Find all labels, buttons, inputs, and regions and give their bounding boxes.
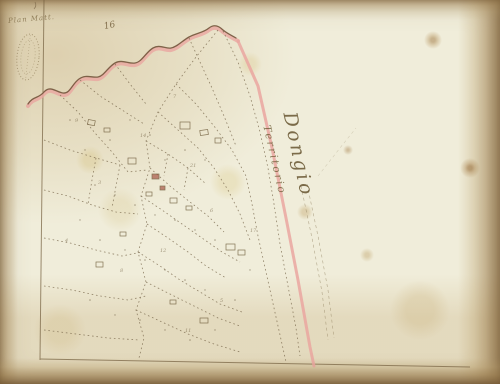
svg-text:9: 9 bbox=[75, 118, 79, 124]
svg-text:6: 6 bbox=[210, 208, 214, 214]
svg-text:14: 14 bbox=[140, 133, 146, 139]
svg-text:3: 3 bbox=[98, 180, 101, 186]
svg-text:7: 7 bbox=[173, 94, 177, 100]
scanned-cadastral-map: 9 14 7 3 21 6 12 8 5 17 4 11 Plan Matt. … bbox=[0, 0, 500, 384]
pen-flourish-icon bbox=[34, 2, 36, 9]
svg-text:21: 21 bbox=[189, 163, 196, 169]
neatline-frame bbox=[40, 0, 470, 367]
svg-text:17: 17 bbox=[250, 228, 257, 234]
svg-text:5: 5 bbox=[220, 298, 223, 304]
svg-text:4: 4 bbox=[64, 238, 68, 244]
vesica-ornament-icon bbox=[15, 33, 42, 81]
svg-text:12: 12 bbox=[160, 248, 166, 254]
svg-text:11: 11 bbox=[185, 328, 191, 334]
svg-text:8: 8 bbox=[120, 268, 123, 274]
parcel-number-labels: 9 14 7 3 21 6 12 8 5 17 4 11 bbox=[64, 94, 257, 334]
map-artwork: 9 14 7 3 21 6 12 8 5 17 4 11 bbox=[0, 0, 500, 384]
ink-specks bbox=[69, 119, 251, 341]
